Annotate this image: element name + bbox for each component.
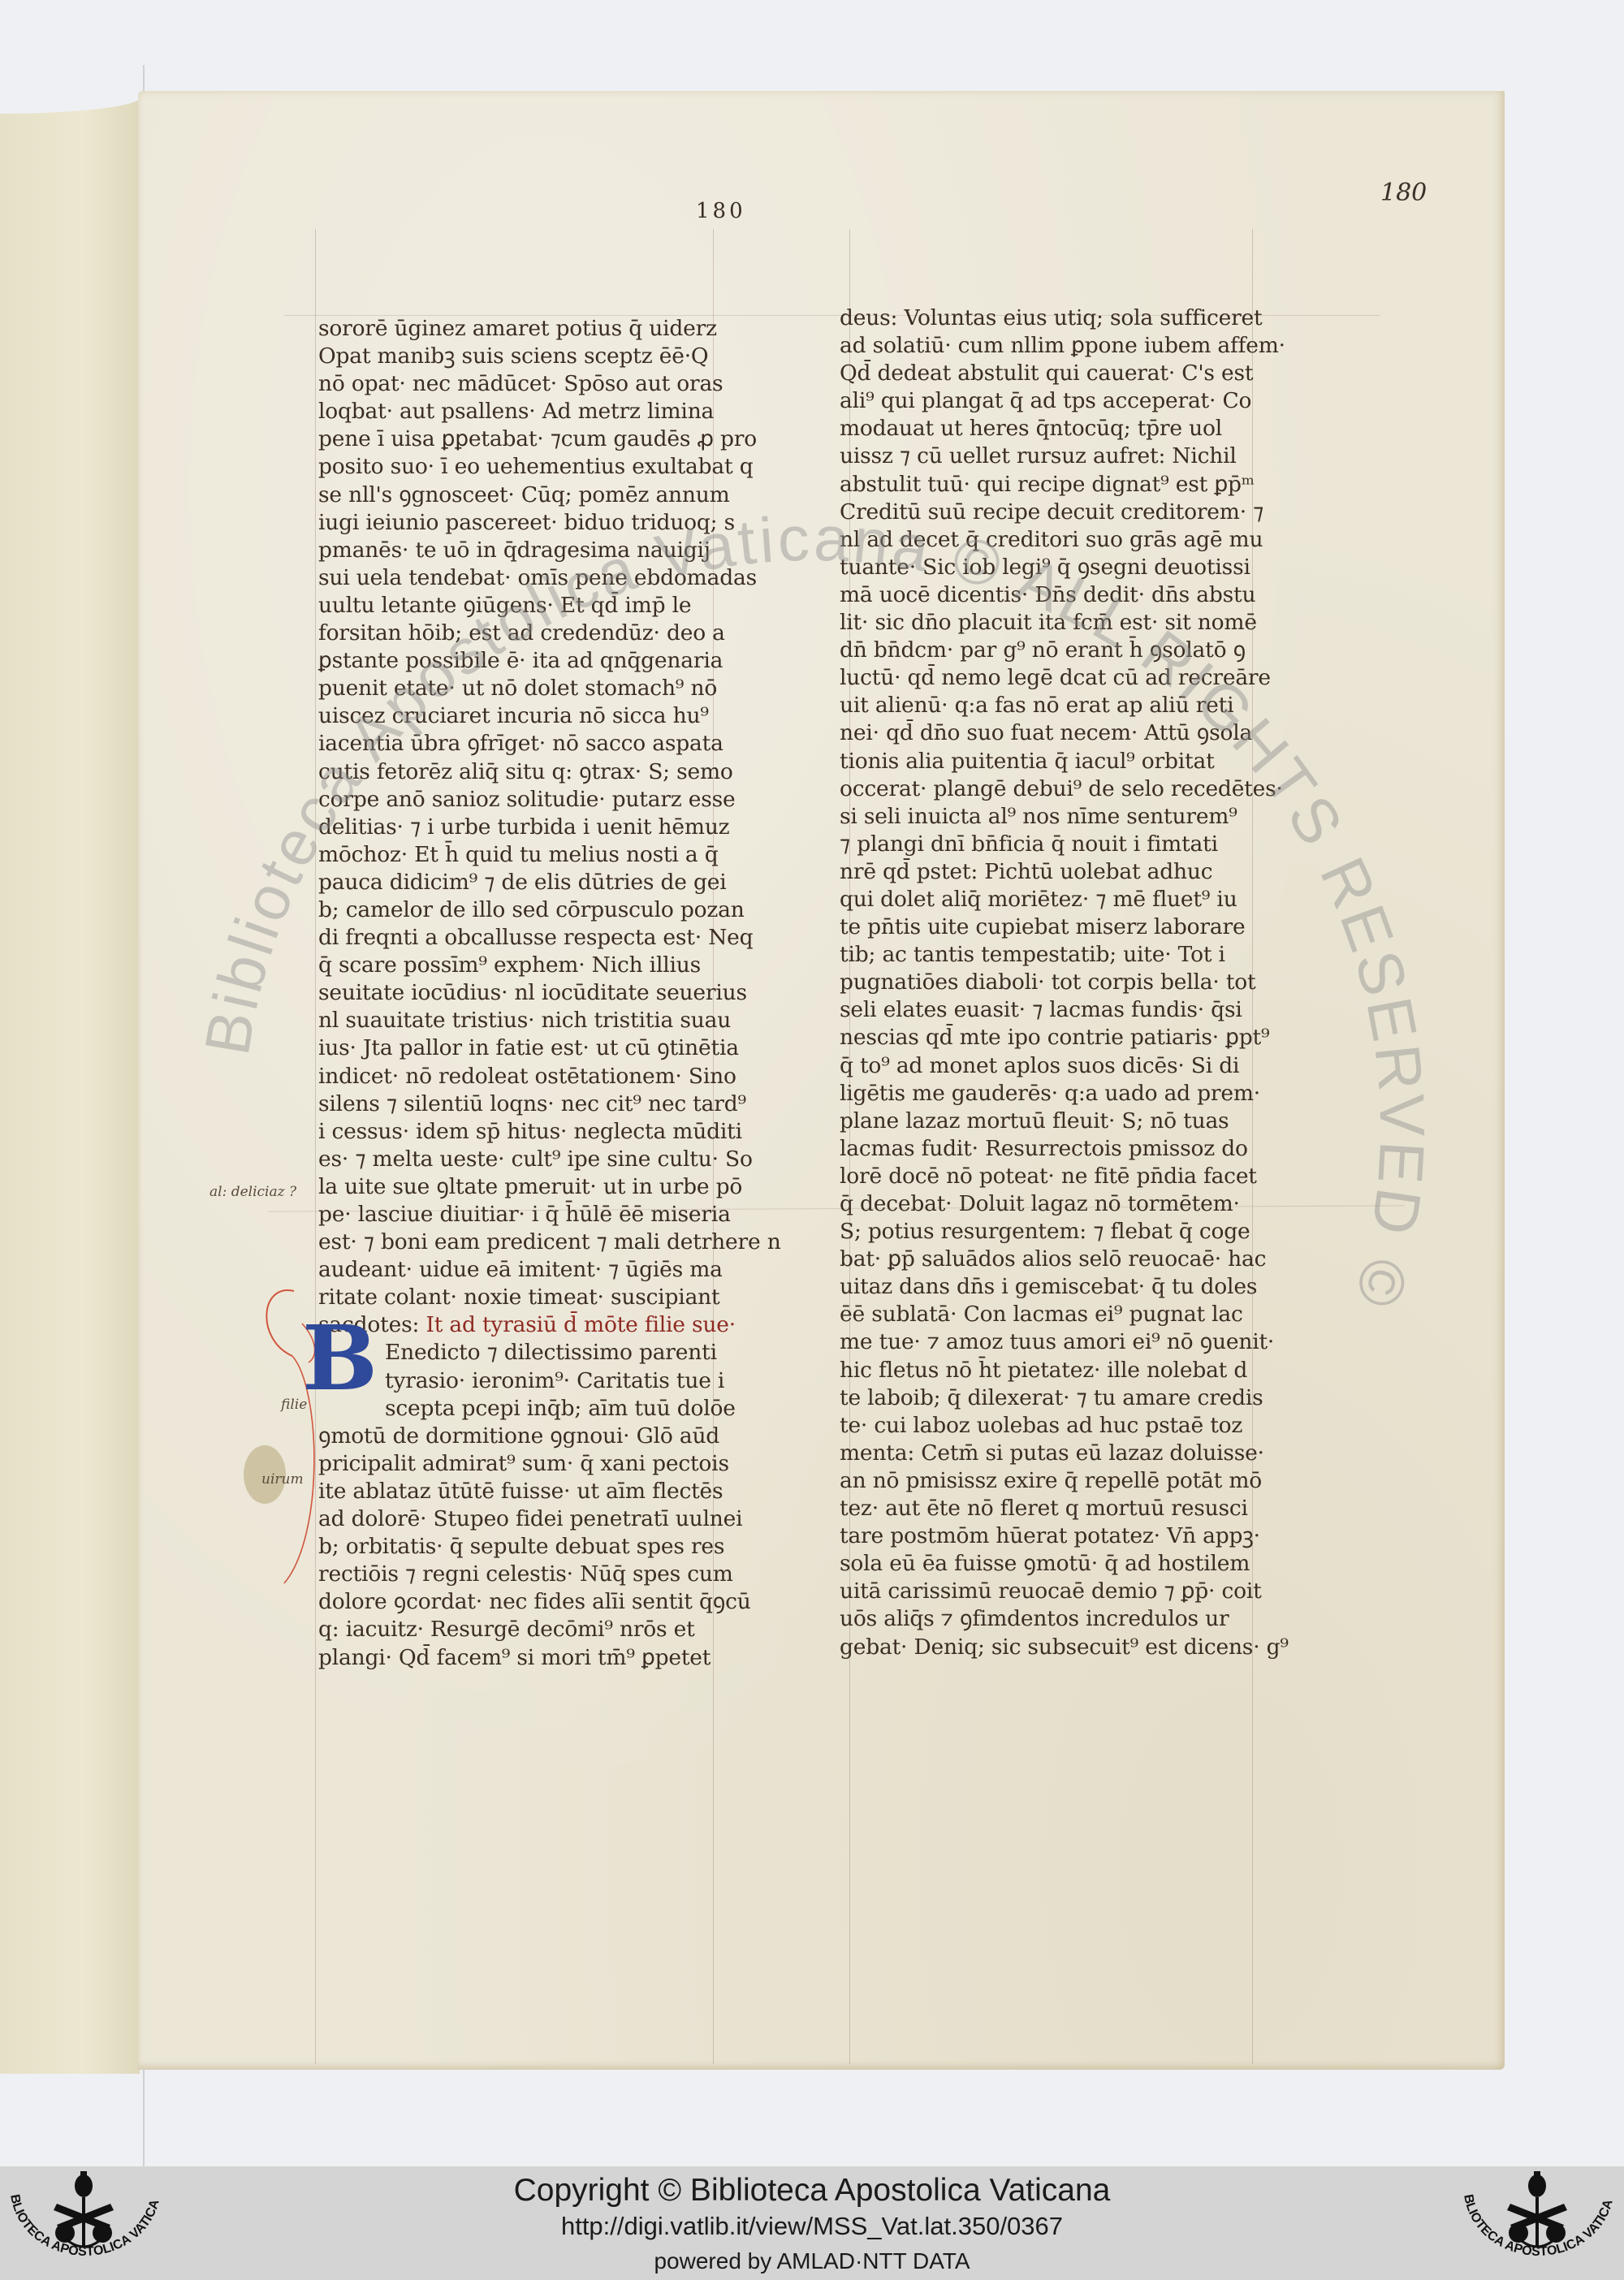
text-line: ēē sublatā· Con lacmas ei⁹ pugnat lac xyxy=(840,1301,1262,1328)
letter-line: plangi· Qd̄ facem⁹ si mori tm̄⁹ ꝑpetet xyxy=(318,1644,741,1672)
text-line: tez· aut ēte nō fleret q mortuū resusci xyxy=(840,1495,1262,1522)
copyright-text: Copyright © Biblioteca Apostolica Vatica… xyxy=(0,2173,1624,2209)
text-line: plane lazaz mortuū fleuit· S; nō tuas xyxy=(840,1108,1262,1135)
text-line: uultu letante ꝯiūgens· Et qd̄ imp̄ le xyxy=(318,592,741,620)
vatican-library-logo-right: BIBLIOTECA APOSTOLICA VATICANA xyxy=(1453,2168,1624,2278)
text-line: luctū· qd̄ nemo legē dcat cū ad recreāre xyxy=(840,664,1262,692)
text-line: nei· qd̄ dn̄o suo fuat necem· Attū ꝯsola xyxy=(840,719,1262,747)
text-line: ꝑstante possibile ē· ita ad qnq̄genaria xyxy=(318,647,741,675)
text-line: pugnatiōes diaboli· tot corpis bella· to… xyxy=(840,969,1262,996)
letter-line: ad dolorē· Stupeo fidei penetratī uulnei xyxy=(318,1505,741,1533)
folio-number-center: 180 xyxy=(696,199,746,223)
text-column-left: sororē ūginez amaret potius q̄ uiderz Op… xyxy=(318,315,741,1672)
text-line: uiscez cruciaret incuria nō sicca hu⁹ xyxy=(318,702,741,730)
text-line: es· ⁊ melta ueste· cult⁹ ipe sine cultu·… xyxy=(318,1146,741,1173)
text-line: loqbat· aut psallens· Ad metrz limina xyxy=(318,398,741,425)
text-line: puenit etate· ut nō dolet stomach⁹ nō xyxy=(318,675,741,702)
text-line: qui dolet aliq̄ moriētez· ⁊ mē fluet⁹ iu xyxy=(840,886,1262,913)
text-line: ali⁹ qui plangat q̄ ad tps acceperat· Co xyxy=(840,387,1262,415)
letter-line: ꝯmotū de dormitione ꝯgnoui· Glō aūd xyxy=(318,1423,741,1450)
text-line: di freqnti a obcallusse respecta est· Ne… xyxy=(318,924,741,952)
text-line: i cessus· idem sp̄ hitus· neglecta mūdit… xyxy=(318,1118,741,1146)
text-line: cutis fetorēz aliq̄ situ q: ꝯtrax· S; se… xyxy=(318,758,741,786)
text-line: est· ⁊ boni eam predicent ⁊ mali detrher… xyxy=(318,1229,741,1256)
text-line: pauca didicim⁹ ⁊ de elis dūtries de gei xyxy=(318,869,741,896)
text-line: mā uocē dicentis· Dn̄s dedit· dn̄s abstu xyxy=(840,581,1262,609)
text-line: deus: Voluntas eius utiq; sola sufficere… xyxy=(840,304,1262,332)
text-line: uitā carissimū reuocaē demio ⁊ ꝑp̄· coit xyxy=(840,1578,1262,1605)
margin-note: al: deliciaz ? xyxy=(209,1184,296,1200)
text-line: seli elates euasit· ⁊ lacmas fundis· q̄s… xyxy=(840,996,1262,1024)
text-line: iugi ieiunio pascereet· biduo triduoq; s xyxy=(318,509,741,537)
text-line: indicet· nō redoleat ostētationem· Sino xyxy=(318,1063,741,1090)
text-line: se nll's ꝯgnosceet· Cūq; pomēz annum xyxy=(318,481,741,509)
text-line: la uite sue ꝯltate pmeruit· ut in urbe p… xyxy=(318,1173,741,1201)
text-line: lit· sic dn̄o placuit ita fcm̄ est· sit … xyxy=(840,609,1262,637)
text-line: ad solatiū· cum nllim ꝑpone iubem affem· xyxy=(840,332,1262,360)
powered-by-text: powered by AMLAD·NTT DATA xyxy=(0,2248,1624,2274)
letter-line: ite ablataz ūtūtē fuisse· ut aīm flectēs xyxy=(318,1478,741,1505)
source-url-link[interactable]: http://digi.vatlib.it/view/MSS_Vat.lat.3… xyxy=(0,2212,1624,2241)
text-line: hic fletus nō h̄t pietatez· ille nolebat… xyxy=(840,1357,1262,1384)
text-line: dn̄ bn̄dcm· par g⁹ nō erant h̄ ꝯsolatō ꝯ xyxy=(840,637,1262,664)
text-line: ritate colant· noxie timeat· suscipiant xyxy=(318,1284,741,1311)
text-line: sui uela tendebat· omīs pene ebdomadas xyxy=(318,564,741,592)
text-line: modauat ut heres q̄ntocūq; tp̄re uol xyxy=(840,415,1262,443)
text-line: forsitan hōib; est ad credendūz· deo a xyxy=(318,620,741,647)
folio-number-right: 180 xyxy=(1380,179,1427,207)
ruling-line xyxy=(315,229,316,2064)
text-line: tionis alia puitentia q̄ iacul⁹ orbitat xyxy=(840,748,1262,775)
text-line: silens ⁊ silentiū loqns· nec cit⁹ nec ta… xyxy=(318,1090,741,1118)
text-line: audeant· uidue eā imitent· ⁊ ūgiēs ma xyxy=(318,1256,741,1284)
text-line: q̄ scare possīm⁹ exphem· Nich illius xyxy=(318,952,741,979)
letter-line: b; orbitatis· q̄ sepulte debuat spes res xyxy=(318,1533,741,1561)
text-line: nl suauitate tristius· nich tristitia su… xyxy=(318,1007,741,1034)
letter-line: dolore ꝯcordat· nec fides alīi sentit q̄… xyxy=(318,1588,741,1616)
text-line: tuante· Sic iob legi⁹ q̄ ꝯsegni deuotiss… xyxy=(840,554,1262,581)
text-line: pmanēs· te uō in q̄dragesima nauigij xyxy=(318,537,741,564)
text-line: S; potius resurgentem: ⁊ flebat q̄ coge xyxy=(840,1218,1262,1246)
text-line: si seli inuicta al⁹ nos nīme senturem⁹ xyxy=(840,803,1262,831)
text-line: pene ī uisa ꝑꝑetabat· ⁊cum gaudēs ꝓ pro xyxy=(318,425,741,453)
text-line: q̄ decebat· Doluit lagaz nō tormētem· xyxy=(840,1190,1262,1218)
text-line: nō opat· nec mādūcet· Spōso aut oras xyxy=(318,370,741,398)
text-line: te laboib; q̄ dilexerat· ⁊ tu amare cred… xyxy=(840,1384,1262,1412)
text-line: seuitate iocūdius· nl iocūditate seueriu… xyxy=(318,979,741,1007)
text-line: menta: Cetm̄ si putas eū lazaz doluisse· xyxy=(840,1440,1262,1467)
letter-line: pricipalit admirat⁹ sum· q̄ xani pectois xyxy=(318,1450,741,1478)
text-line: gebat· Deniq; sic subsecuit⁹ est dicens·… xyxy=(840,1634,1262,1661)
text-line: b; camelor de illo sed cōrpusculo pozan xyxy=(318,896,741,924)
text-line: lorē docē nō poteat· ne fitē pn̄dia face… xyxy=(840,1163,1262,1190)
text-line: Qd̄ dedeat abstulit qui cauerat· C's est xyxy=(840,360,1262,387)
text-line: abstulit tuū· qui recipe dignat⁹ est ꝑp̄… xyxy=(840,471,1262,499)
letter-line: q: iacuitz· Resurgē decōmi⁹ nrōs et xyxy=(318,1616,741,1643)
text-line: ⁊ plangi dnī bn̄ficia q̄ nouit i fimtati xyxy=(840,831,1262,858)
text-line: corpe anō sanioz solitudie· putarz esse xyxy=(318,786,741,814)
text-line: Opat manibꝫ suis sciens sceptz ēē·Q xyxy=(318,343,741,370)
text-line: nrē qd̄ pstet: Pichtū uolebat adhuc xyxy=(840,858,1262,886)
text-line: lacmas fudit· Resurrectois pmissoz do xyxy=(840,1135,1262,1163)
text-line: uit alienū· q:a fas nō erat ap aliū reti xyxy=(840,692,1262,719)
text-line: sororē ūginez amaret potius q̄ uiderz xyxy=(318,315,741,343)
text-line: posito suo· ī eo uehementius exultabat q xyxy=(318,453,741,481)
margin-note: uirum xyxy=(261,1471,304,1488)
letter-line: rectiōis ⁊ regni celestis· Nūq̄ spes cum xyxy=(318,1561,741,1588)
text-line: te· cui laboz uolebas ad huc pstaē toz xyxy=(840,1412,1262,1440)
text-line: uissz ⁊ cū uellet rursuz aufret: Nichil xyxy=(840,443,1262,470)
text-line: nl ad decet q̄ creditori suo grās agē mu xyxy=(840,526,1262,554)
vatican-library-logo-left: BIBLIOTECA APOSTOLICA VATICANA xyxy=(0,2168,171,2278)
text-line: nescias qd̄ mte ipo contrie patiaris· ꝑp… xyxy=(840,1024,1262,1051)
margin-note: filie xyxy=(281,1397,307,1413)
facing-page-left xyxy=(0,101,140,2074)
text-line: mōchoz· Et h̄ quid tu melius nosti a q̄ xyxy=(318,841,741,869)
text-line: iacentia ūbra ꝯfrīget· nō sacco aspata xyxy=(318,730,741,758)
rubric-heading: It ad tyrasiū d̄ mōte filie sue· xyxy=(425,1312,736,1337)
text-line: uōs aliq̄s ⁊ ꝯfimdentos incredulos ur xyxy=(840,1605,1262,1633)
text-line: sola eū ēa fuisse ꝯmotū· q̄ ad hostilem xyxy=(840,1550,1262,1578)
text-line: bat· ꝑp̄ saluādos alios selō reuocaē· ha… xyxy=(840,1246,1262,1273)
text-line: Creditū suū recipe decuit creditorem· ⁊ xyxy=(840,499,1262,526)
copyright-footer: Copyright © Biblioteca Apostolica Vatica… xyxy=(0,2166,1624,2280)
text-line: delitias· ⁊ i urbe turbida i uenit hēmuz xyxy=(318,814,741,841)
text-line: q̄ to⁹ ad monet aplos suos dicēs· Si di xyxy=(840,1052,1262,1080)
text-line: occerat· plangē debui⁹ de selo recedētes… xyxy=(840,775,1262,803)
text-line: me tue· ⁊ amoz tuus amori ei⁹ nō ꝯuenit· xyxy=(840,1328,1262,1356)
text-column-right: deus: Voluntas eius utiq; sola sufficere… xyxy=(840,304,1262,1661)
text-line: an nō pmisissz exire q̄ repellē potāt mō xyxy=(840,1467,1262,1495)
text-line: tib; ac tantis tempestatib; uite· Tot i xyxy=(840,941,1262,969)
text-line: ligētis me gauderēs· q:a uado ad prem· xyxy=(840,1080,1262,1108)
text-line: ius· Jta pallor in fatie est· ut cū ꝯtin… xyxy=(318,1034,741,1062)
text-line: te pn̄tis uite cupiebat miserz laborare xyxy=(840,913,1262,941)
text-line: uitaz dans dn̄s i gemiscebat· q̄ tu dole… xyxy=(840,1273,1262,1301)
decorated-initial: B xyxy=(302,1314,387,1403)
text-line: pe· lasciue diuitiar· i q̄ h̄ūlē ēē mise… xyxy=(318,1201,741,1229)
text-line: tare postmōm hūerat potatez· Vn̄ appꝫ· xyxy=(840,1522,1262,1550)
